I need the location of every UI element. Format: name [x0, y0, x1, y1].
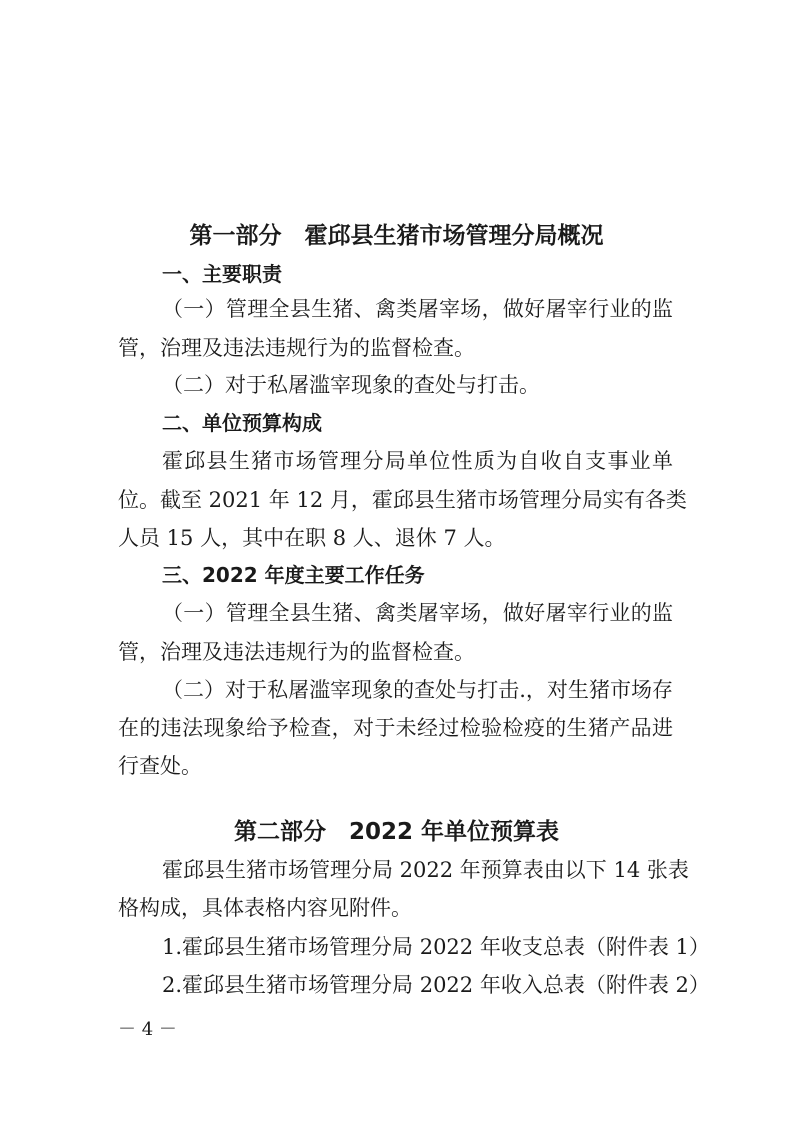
part2-line-1: 霍邱县生猪市场管理分局 2022 年预算表由以下 14 张表	[162, 855, 673, 885]
section3-line-5: 行查处。	[118, 751, 202, 781]
document-page: 第一部分 霍邱县生猪市场管理分局概况 一、主要职责 （一）管理全县生猪、禽类屠宰…	[0, 0, 793, 1122]
attachment-item-2: 2.霍邱县生猪市场管理分局 2022 年收入总表（附件表 2）	[162, 970, 673, 1000]
section2-line-1: 霍邱县生猪市场管理分局单位性质为自收自支事业单	[162, 446, 673, 476]
section1-heading: 一、主要职责	[162, 259, 282, 289]
part1-title: 第一部分 霍邱县生猪市场管理分局概况	[0, 220, 793, 252]
section3-line-4: 在的违法现象给予检查，对于未经过检验检疫的生猪产品进	[118, 713, 673, 743]
page-number: － 4 －	[118, 1018, 177, 1042]
section3-line-3: （二）对于私屠滥宰现象的查处与打击.，对生猪市场存	[162, 675, 673, 705]
section2-line-3: 人员 15 人，其中在职 8 人、退休 7 人。	[118, 523, 506, 553]
section1-line-1: （一）管理全县生猪、禽类屠宰场，做好屠宰行业的监	[162, 294, 673, 324]
part2-line-2: 格构成，具体表格内容见附件。	[118, 893, 412, 923]
section2-line-2: 位。截至 2021 年 12 月，霍邱县生猪市场管理分局实有各类	[118, 485, 673, 515]
section1-line-2: 管，治理及违法违规行为的监督检查。	[118, 333, 475, 363]
attachment-item-1: 1.霍邱县生猪市场管理分局 2022 年收支总表（附件表 1）	[162, 932, 673, 962]
section3-line-2: 管，治理及违法违规行为的监督检查。	[118, 637, 475, 667]
part2-title: 第二部分 2022 年单位预算表	[0, 816, 793, 848]
section1-line-3: （二）对于私屠滥宰现象的查处与打击。	[162, 370, 540, 400]
section2-heading: 二、单位预算构成	[162, 408, 322, 438]
section3-heading: 三、2022 年度主要工作任务	[162, 560, 425, 590]
section3-line-1: （一）管理全县生猪、禽类屠宰场，做好屠宰行业的监	[162, 598, 673, 628]
